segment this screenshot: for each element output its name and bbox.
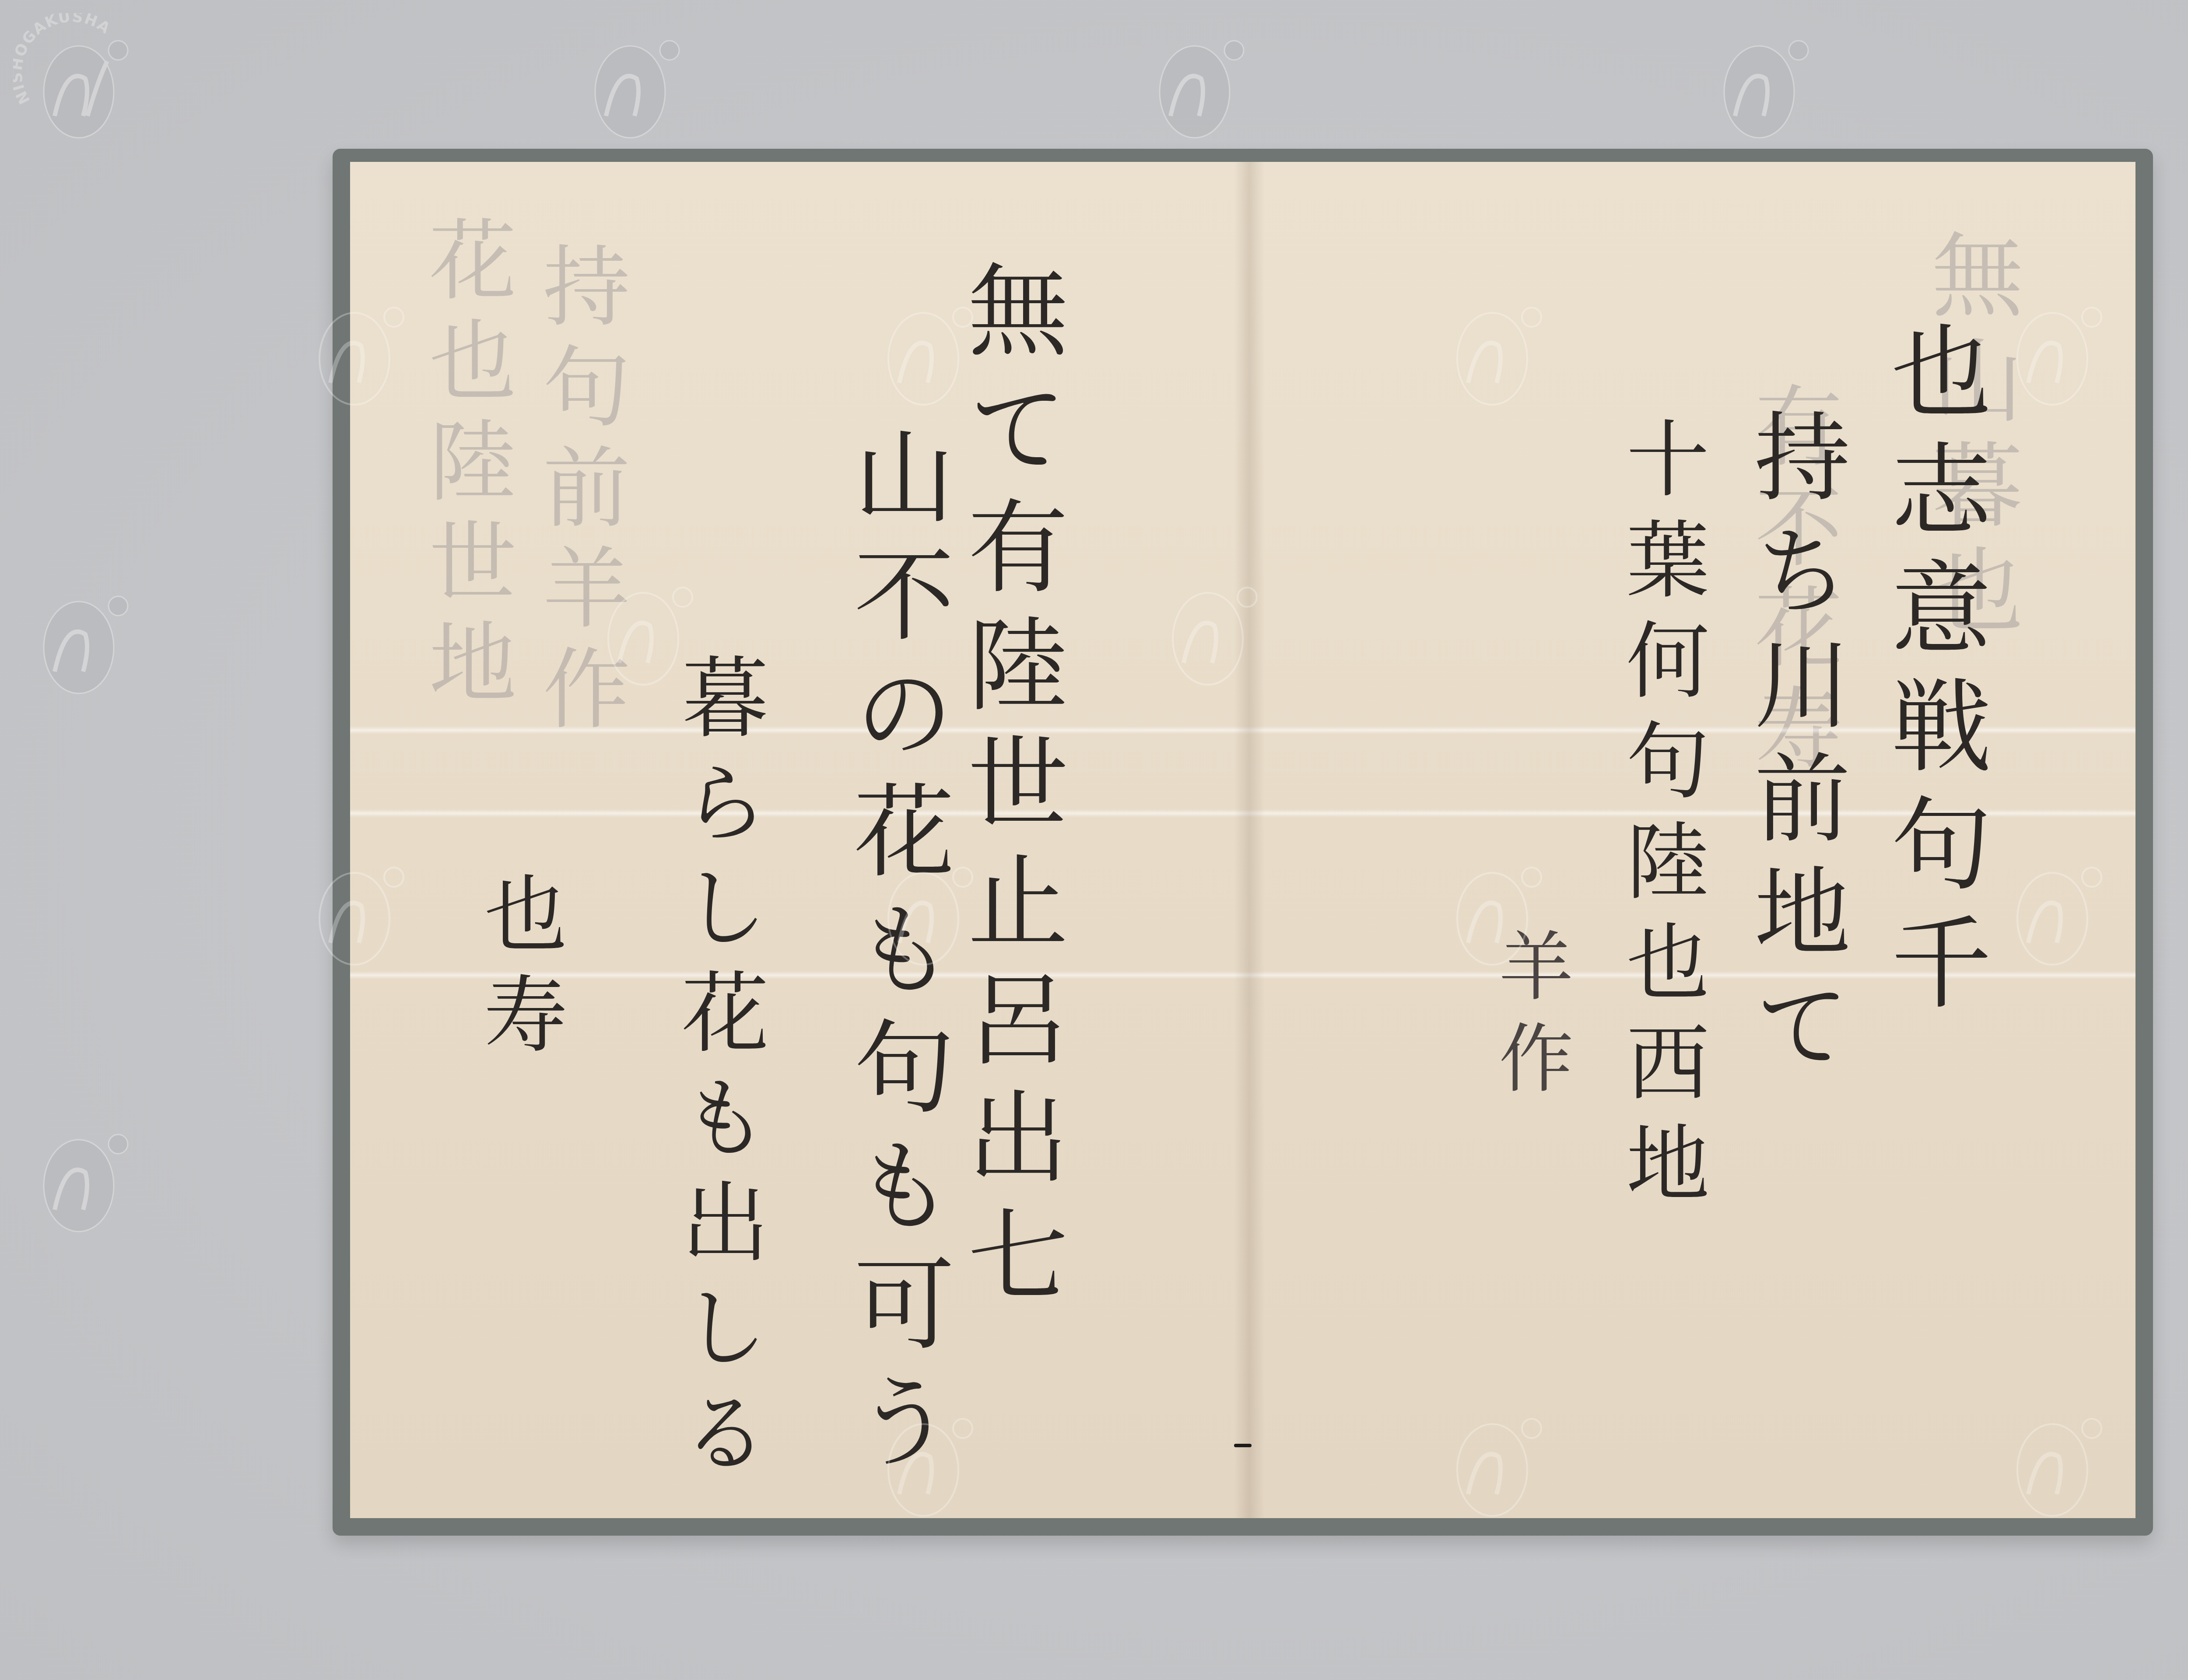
watermark-logo-icon: NISHOGAKUSHA [13, 13, 144, 144]
watermark-logo-icon [1427, 1391, 1558, 1522]
watermark-logo-icon [1427, 280, 1558, 411]
calligraphy-column: 也志意戦句千 [1882, 319, 1982, 1028]
watermark-logo-icon [1142, 560, 1273, 691]
calligraphy-column: 也寿 [477, 871, 560, 1072]
open-book: 花也陸世地 持句前羊作 無て有陸世止呂出七 山不の花も句も可う 暮らし花も出しる… [333, 149, 2153, 1536]
watermark-logo-icon [1987, 1391, 2118, 1522]
calligraphy-column: 無て有陸世止呂出七 [958, 258, 1059, 1321]
calligraphy-column: 十葉何句陸也西地 [1619, 416, 1702, 1221]
paper-crease [350, 809, 1247, 817]
bleed-through-text: 花也陸世地 [403, 214, 528, 717]
watermark-logo-icon [1987, 280, 2118, 411]
binding-mark [1234, 1444, 1252, 1447]
watermark-logo-icon [13, 569, 144, 700]
left-page: 花也陸世地 持句前羊作 無て有陸世止呂出七 山不の花も句も可う 暮らし花も出しる… [350, 162, 1248, 1518]
book-gutter [1234, 162, 1265, 1518]
watermark-logo-icon [1987, 840, 2118, 971]
watermark-logo-icon [858, 840, 989, 971]
watermark-logo-icon [858, 1391, 989, 1522]
watermark-logo-icon [289, 280, 420, 411]
calligraphy-column: 暮らし花も出しる [674, 652, 761, 1492]
watermark-logo-icon [1694, 13, 1825, 144]
watermark-logo-icon [578, 560, 709, 691]
watermark-logo-icon [13, 1107, 144, 1238]
paper-crease [350, 726, 1247, 734]
watermark-logo-icon [289, 840, 420, 971]
calligraphy-column: 持ち川前地て [1746, 407, 1842, 1089]
watermark-logo-icon [1129, 13, 1260, 144]
watermark-logo-icon [1427, 840, 1558, 971]
watermark-logo-icon [858, 280, 989, 411]
watermark-logo-icon [565, 13, 696, 144]
